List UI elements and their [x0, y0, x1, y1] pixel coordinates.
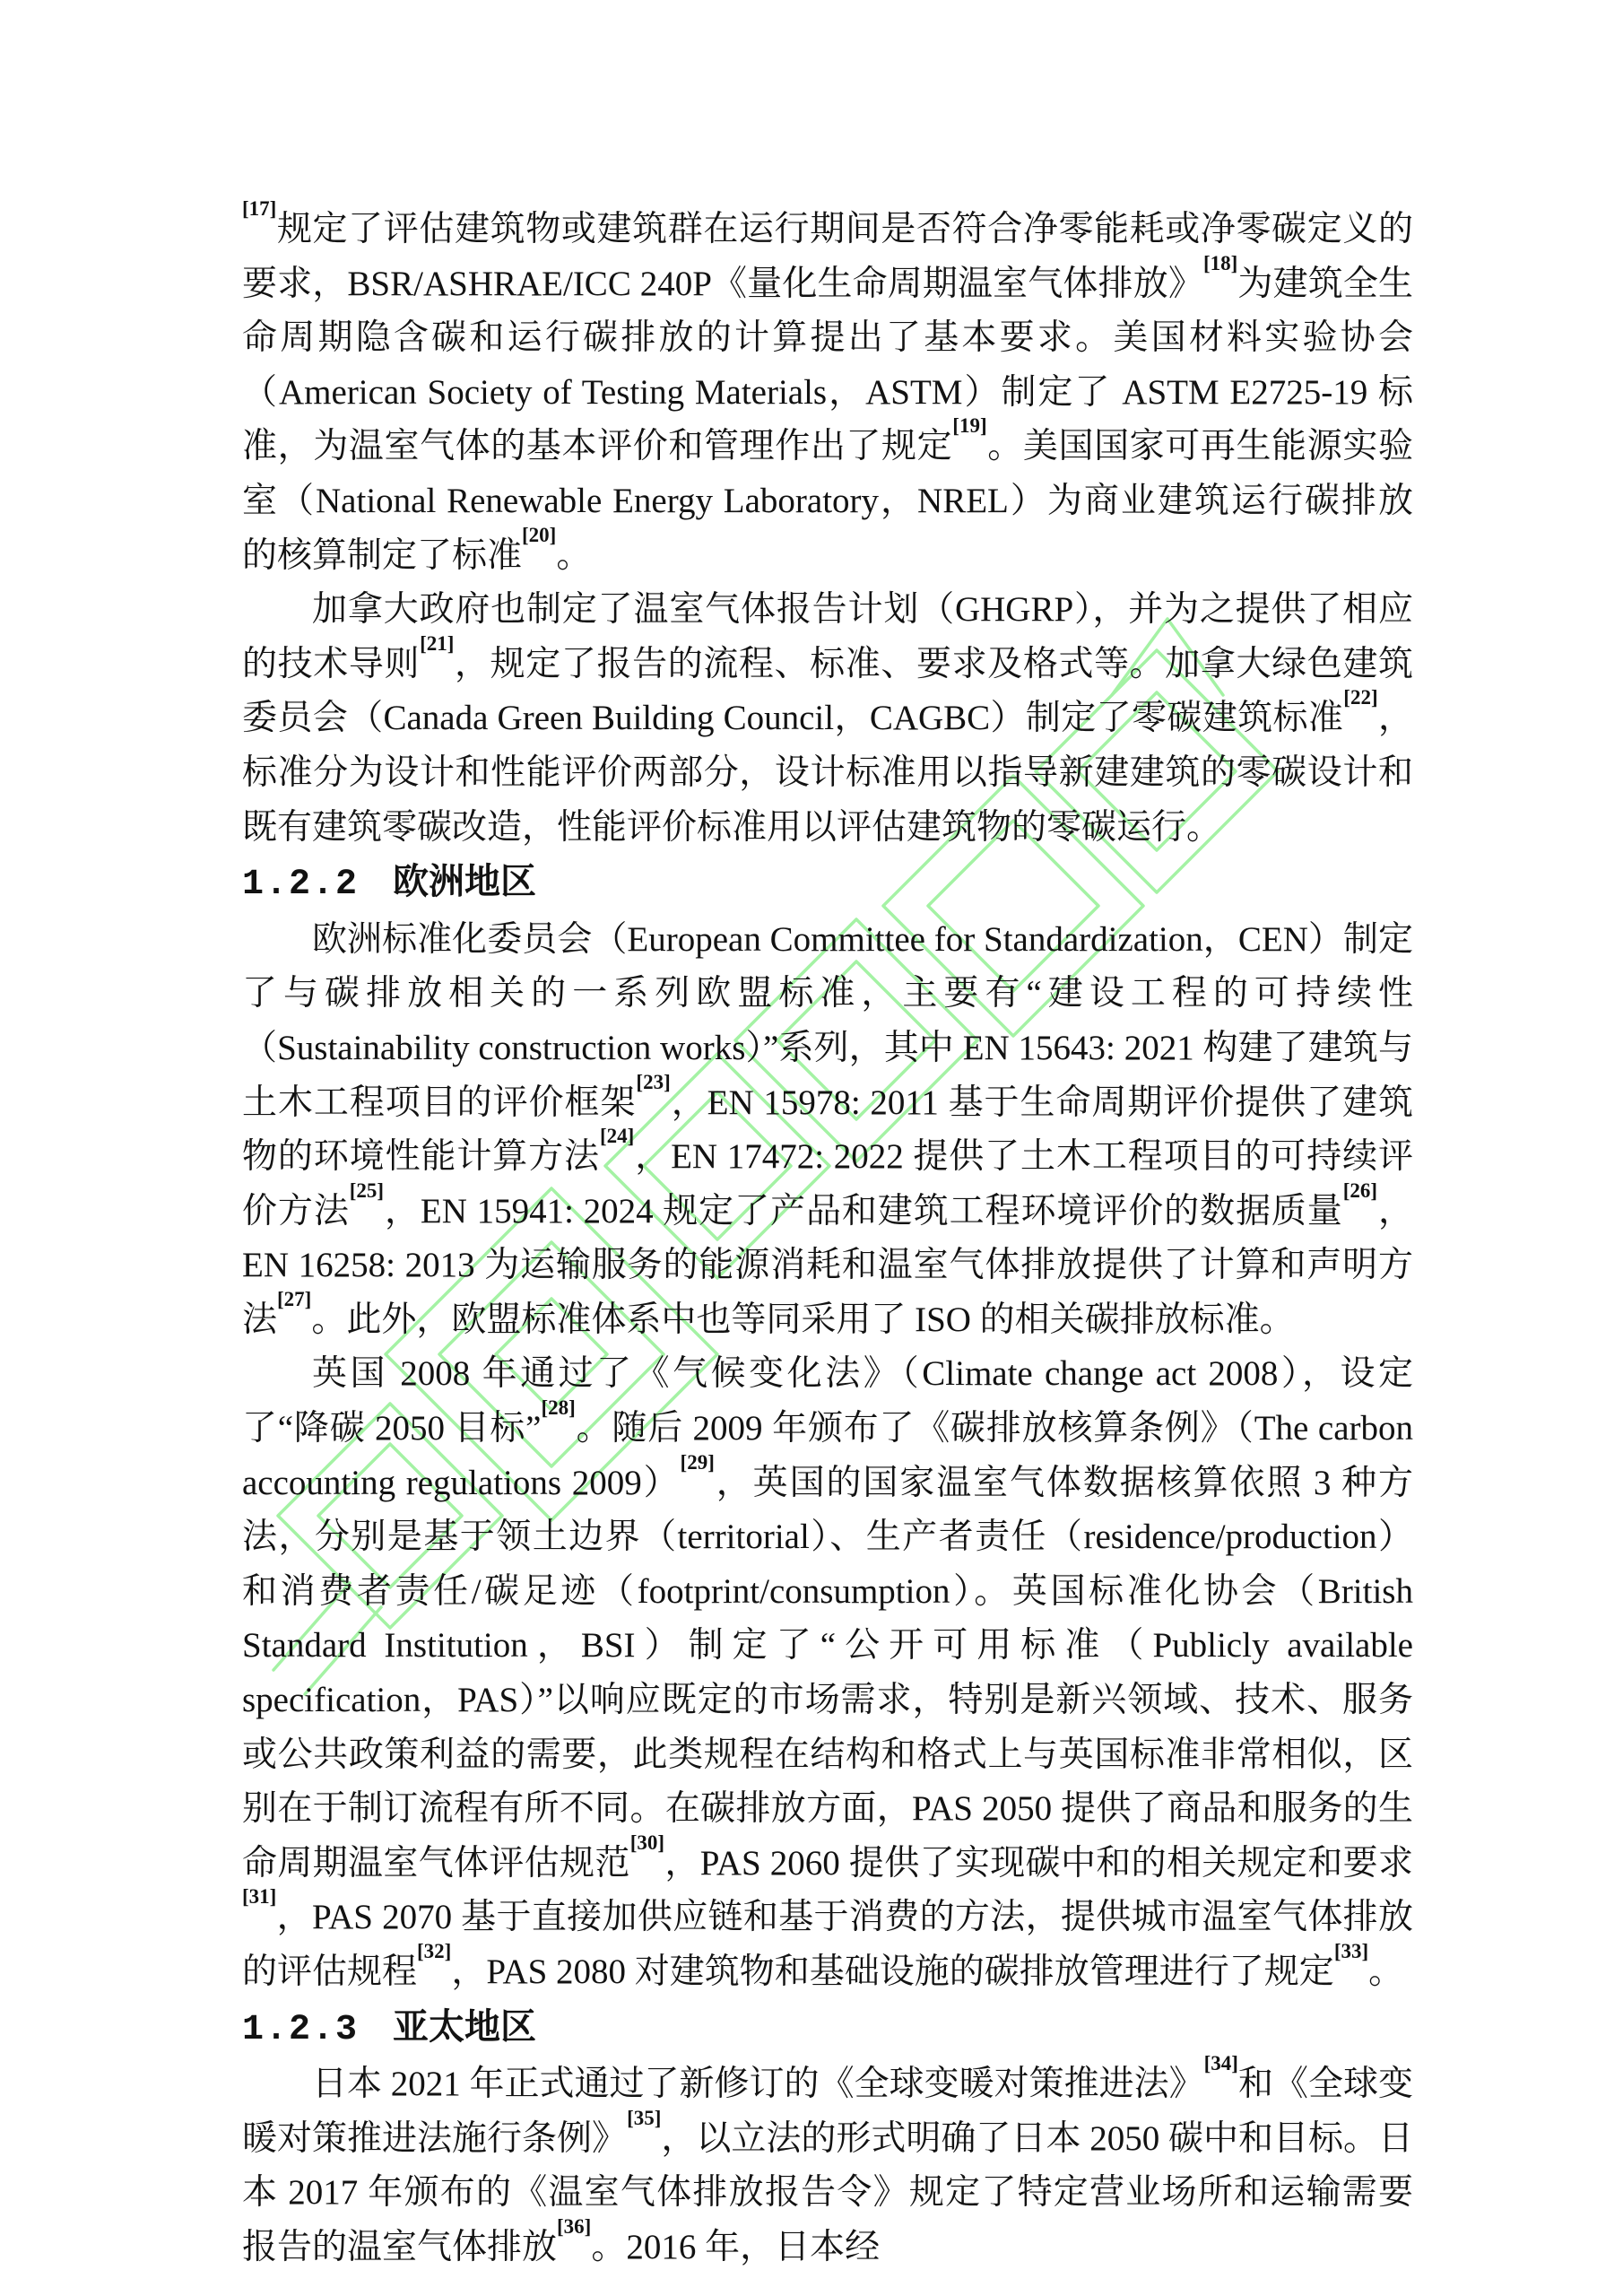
citation-ref: [29] — [681, 1451, 715, 1474]
citation-ref: [18] — [1203, 252, 1237, 274]
citation-ref: [33] — [1334, 1940, 1368, 1962]
section-number: 1.2.3 — [242, 2010, 359, 2050]
citation-ref: [19] — [952, 414, 986, 437]
section-heading-1-2-3: 1.2.3亚太地区 — [242, 2000, 1413, 2058]
citation-ref: [34] — [1204, 2052, 1238, 2074]
section-title: 亚太地区 — [393, 2007, 536, 2047]
citation-ref: [35] — [627, 2107, 661, 2129]
body-paragraph: 日本 2021 年正式通过了新修订的《全球变暖对策推进法》[34]和《全球变暖对… — [242, 2057, 1413, 2274]
citation-ref: [21] — [420, 632, 454, 655]
document-page: [17]规定了评估建筑物或建筑群在运行期间是否符合净零能耗或净零碳定义的要求，B… — [0, 0, 1623, 2296]
section-title: 欧洲地区 — [393, 862, 536, 901]
citation-ref: [22] — [1343, 686, 1377, 709]
document-body: [17]规定了评估建筑物或建筑群在运行期间是否符合净零能耗或净零碳定义的要求，B… — [242, 203, 1413, 2275]
body-paragraph: [17]规定了评估建筑物或建筑群在运行期间是否符合净零能耗或净零碳定义的要求，B… — [242, 203, 1413, 583]
citation-ref: [25] — [350, 1179, 384, 1202]
body-paragraph: 英国 2008 年通过了《气候变化法》（Climate change act 2… — [242, 1347, 1413, 1999]
citation-ref: [36] — [557, 2215, 591, 2238]
citation-ref: [30] — [630, 1831, 664, 1854]
section-number: 1.2.2 — [242, 865, 359, 905]
citation-ref: [31] — [242, 1885, 276, 1908]
citation-ref: [17] — [242, 197, 276, 220]
citation-ref: [23] — [636, 1071, 670, 1093]
citation-ref: [32] — [417, 1940, 451, 1962]
citation-ref: [27] — [277, 1288, 311, 1310]
citation-ref: [24] — [600, 1125, 634, 1147]
citation-ref: [26] — [1343, 1179, 1377, 1202]
citation-ref: [20] — [522, 524, 556, 546]
citation-ref: [28] — [541, 1396, 575, 1419]
body-paragraph: 欧洲标准化委员会（European Committee for Standard… — [242, 913, 1413, 1348]
body-paragraph: 加拿大政府也制定了温室气体报告计划（GHGRP），并为之提供了相应的技术导则[2… — [242, 583, 1413, 855]
section-heading-1-2-2: 1.2.2欧洲地区 — [242, 855, 1413, 913]
